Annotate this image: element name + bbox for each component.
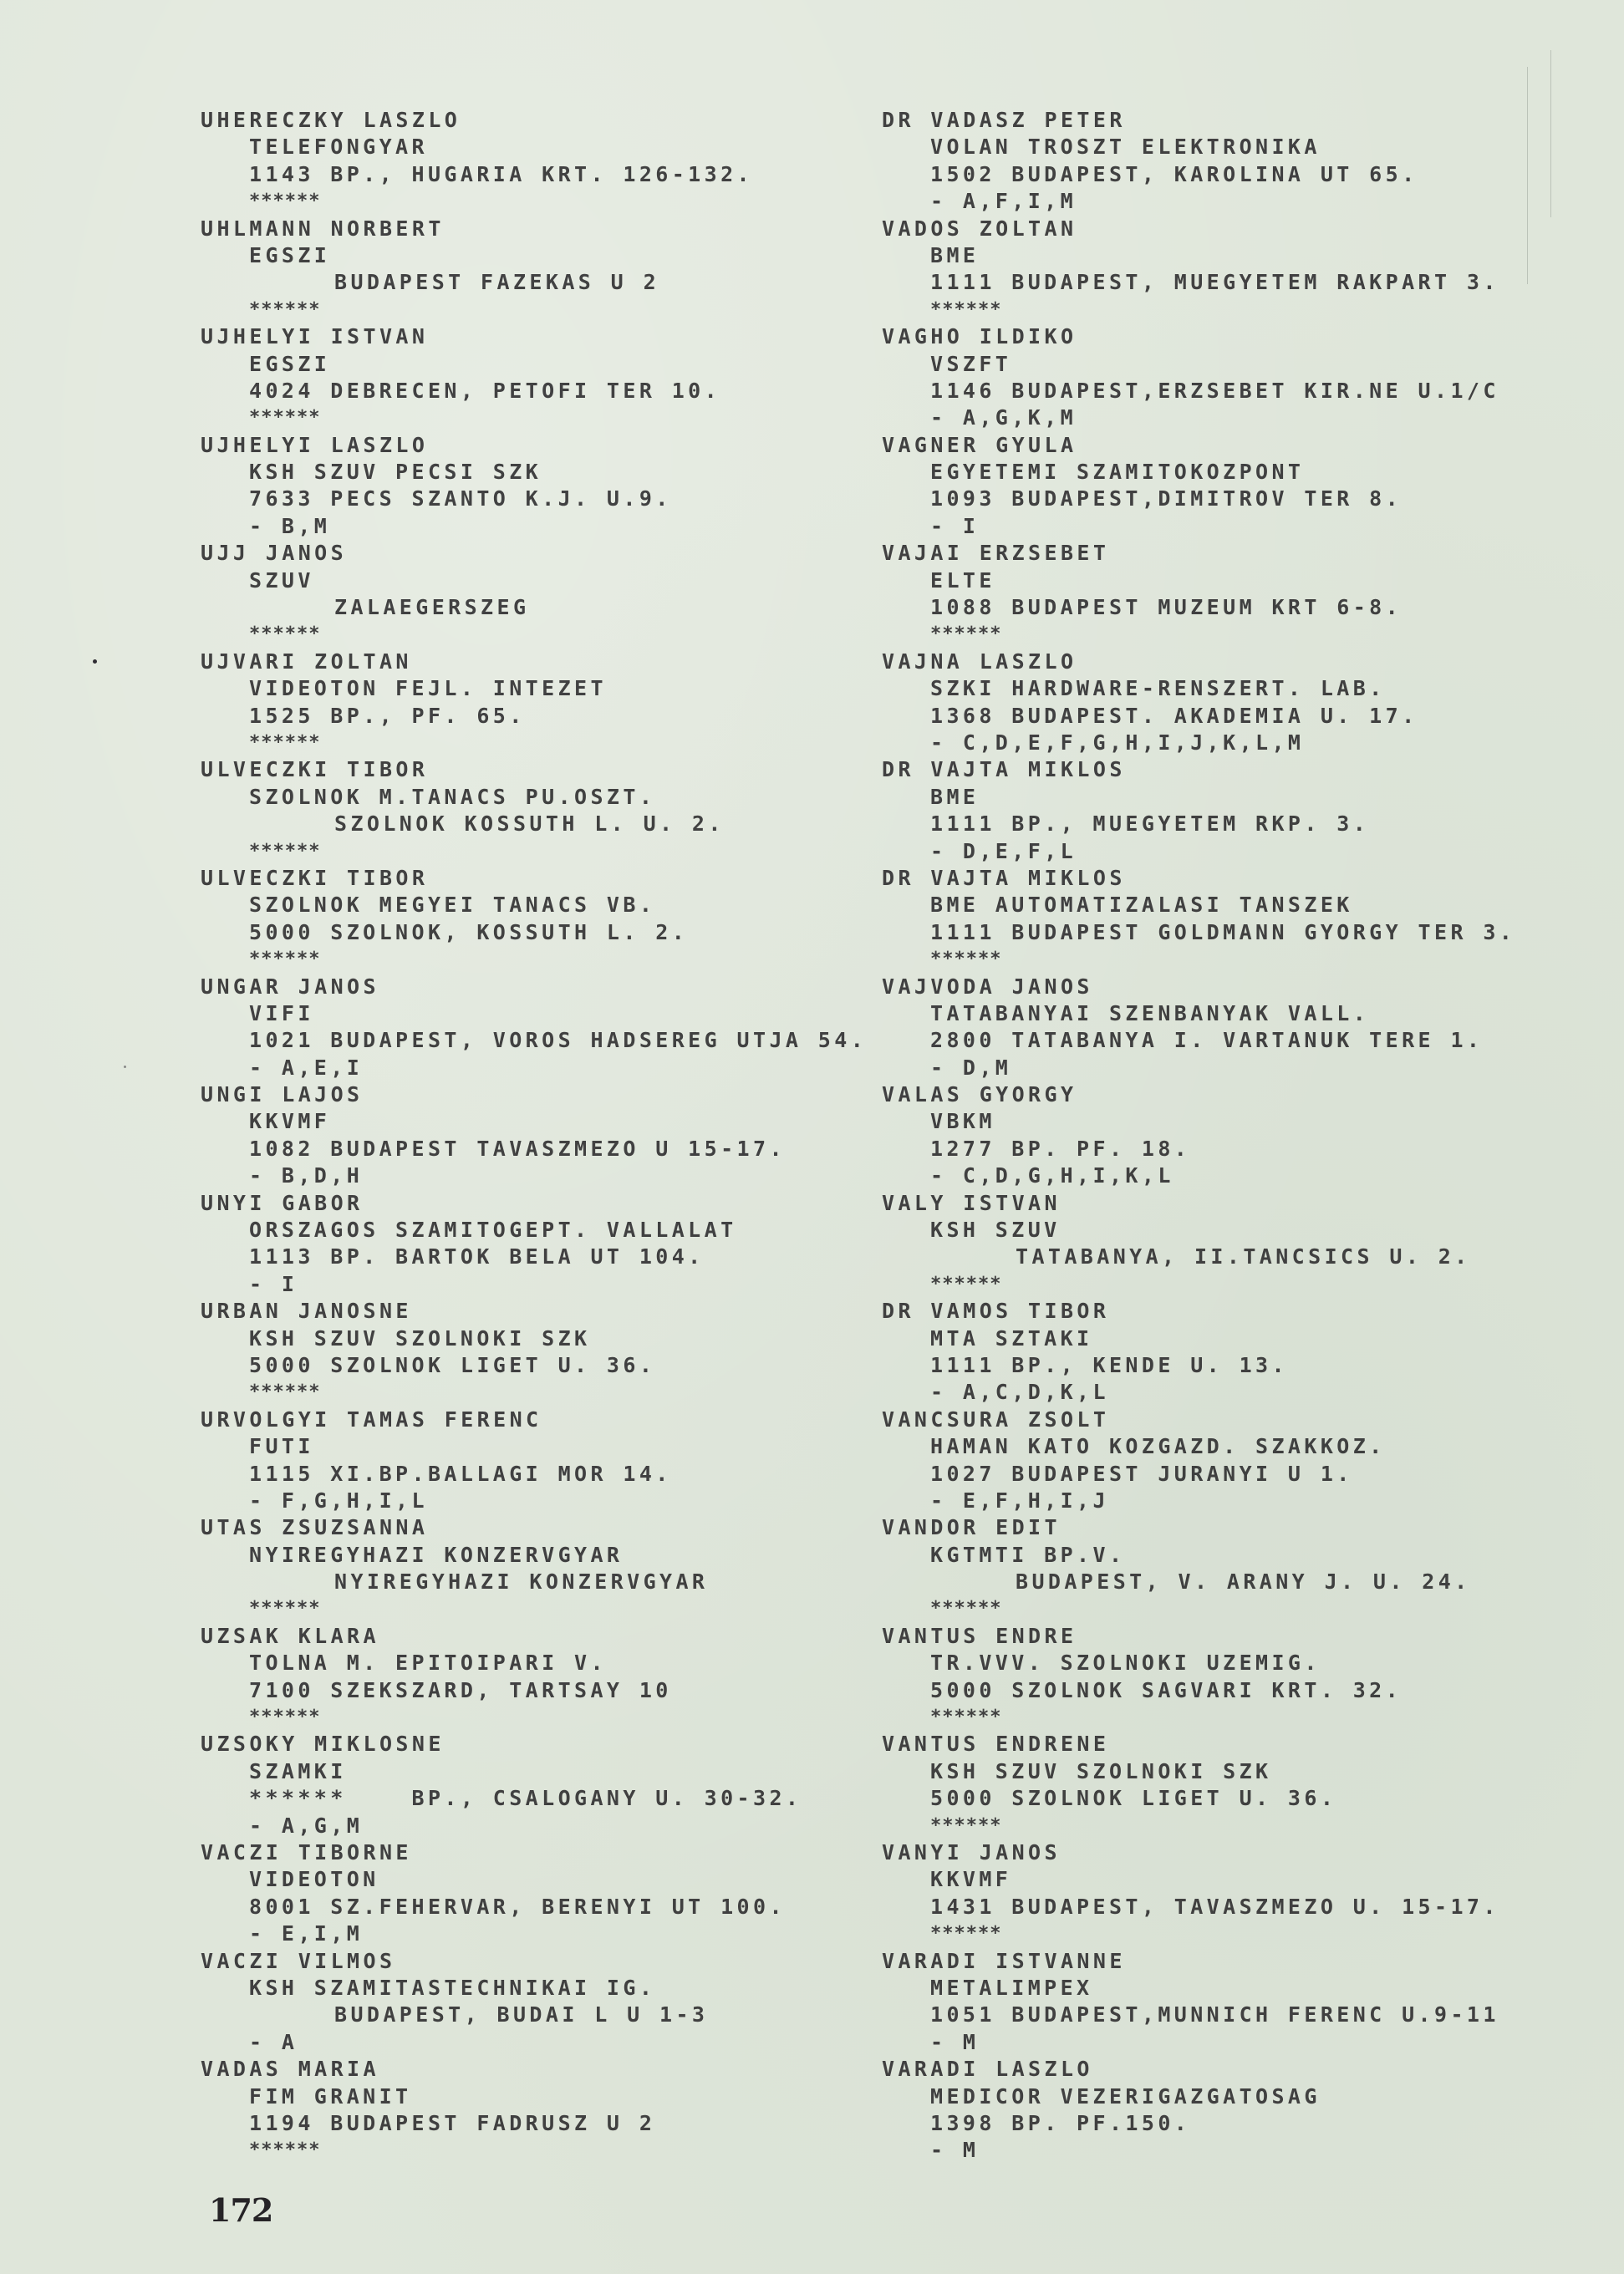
entry-name: VALY ISTVAN (882, 1190, 1515, 1217)
entry-detail: 1111 BP., MUEGYETEM RKP. 3. (882, 811, 1515, 837)
entry-name: VANTUS ENDRENE (882, 1731, 1515, 1758)
entry-separator: ****** (882, 1271, 1515, 1298)
entry-detail: 1093 BUDAPEST,DIMITROV TER 8. (882, 486, 1515, 512)
entry-detail: 1525 BP., PF. 65. (201, 703, 867, 730)
entry-name: DR VADASZ PETER (882, 107, 1515, 134)
entry-detail: TATABANYA, II.TANCSICS U. 2. (882, 1244, 1515, 1270)
entry-name: UHLMANN NORBERT (201, 216, 867, 242)
entry-detail: 1088 BUDAPEST MUZEUM KRT 6-8. (882, 594, 1515, 621)
entry-name: VAJAI ERZSEBET (882, 540, 1515, 567)
entry-detail: 1502 BUDAPEST, KAROLINA UT 65. (882, 161, 1515, 188)
entry-detail: SZOLNOK KOSSUTH L. U. 2. (201, 811, 867, 837)
entry-detail: 1027 BUDAPEST JURANYI U 1. (882, 1461, 1515, 1488)
directory-entry: VACZI TIBORNEVIDEOTON8001 SZ.FEHERVAR, B… (201, 1839, 867, 1948)
entry-name: VANYI JANOS (882, 1839, 1515, 1866)
entry-name: DR VAJTA MIKLOS (882, 756, 1515, 783)
entry-separator: ****** (882, 1704, 1515, 1731)
entry-detail: NYIREGYHAZI KONZERVGYAR (201, 1569, 867, 1595)
directory-entry: VANCSURA ZSOLTHAMAN KATO KOZGAZD. SZAKKO… (882, 1407, 1515, 1515)
entry-detail: VSZFT (882, 351, 1515, 378)
entry-detail: 7633 PECS SZANTO K.J. U.9. (201, 486, 867, 512)
directory-entry: URBAN JANOSNEKSH SZUV SZOLNOKI SZK5000 S… (201, 1298, 867, 1407)
entry-separator: ****** (201, 838, 867, 865)
entry-codes: - A,F,I,M (882, 188, 1515, 215)
entry-detail: SZKI HARDWARE-RENSZERT. LAB. (882, 675, 1515, 702)
paper-speck (93, 659, 97, 664)
directory-entry: VANTUS ENDRENEKSH SZUV SZOLNOKI SZK5000 … (882, 1731, 1515, 1839)
entry-detail: VIDEOTON FEJL. INTEZET (201, 675, 867, 702)
directory-entry: VAJVODA JANOSTATABANYAI SZENBANYAK VALL.… (882, 974, 1515, 1082)
entry-detail: 1194 BUDAPEST FADRUSZ U 2 (201, 2110, 867, 2137)
entry-detail: KSH SZUV (882, 1217, 1515, 1244)
entry-detail: TATABANYAI SZENBANYAK VALL. (882, 1000, 1515, 1027)
entry-detail: VOLAN TROSZT ELEKTRONIKA (882, 134, 1515, 160)
entry-detail: TOLNA M. EPITOIPARI V. (201, 1650, 867, 1676)
directory-entry: UZSAK KLARATOLNA M. EPITOIPARI V.7100 SZ… (201, 1623, 867, 1732)
entry-name: UHERECZKY LASZLO (201, 107, 867, 134)
entry-detail: SZUV (201, 567, 867, 594)
entry-detail: KGTMTI BP.V. (882, 1542, 1515, 1569)
entry-detail: 1111 BUDAPEST, MUEGYETEM RAKPART 3. (882, 269, 1515, 296)
entry-detail: 1368 BUDAPEST. AKADEMIA U. 17. (882, 703, 1515, 730)
entry-detail: TR.VVV. SZOLNOKI UZEMIG. (882, 1650, 1515, 1676)
entry-name: URVOLGYI TAMAS FERENC (201, 1407, 867, 1433)
entry-detail: BUDAPEST, V. ARANY J. U. 24. (882, 1569, 1515, 1595)
entry-detail: SZOLNOK MEGYEI TANACS VB. (201, 892, 867, 918)
directory-entry: UHLMANN NORBERTEGSZIBUDAPEST FAZEKAS U 2… (201, 216, 867, 324)
entry-separator: ****** (882, 297, 1515, 323)
entry-detail: KKVMF (882, 1866, 1515, 1893)
entry-detail: ****** BP., CSALOGANY U. 30-32. (201, 1785, 867, 1812)
entry-name: UNYI GABOR (201, 1190, 867, 1217)
entry-separator: ****** (882, 1813, 1515, 1839)
directory-entry: DR VAMOS TIBORMTA SZTAKI1111 BP., KENDE … (882, 1298, 1515, 1407)
entry-codes: - M (882, 2137, 1515, 2164)
entry-name: UJJ JANOS (201, 540, 867, 567)
directory-entry: VARADI ISTVANNEMETALIMPEX1051 BUDAPEST,M… (882, 1948, 1515, 2057)
directory-entry: VAGNER GYULAEGYETEMI SZAMITOKOZPONT1093 … (882, 432, 1515, 541)
entry-detail: MTA SZTAKI (882, 1325, 1515, 1352)
entry-name: VAGHO ILDIKO (882, 323, 1515, 350)
entry-detail: 5000 SZOLNOK, KOSSUTH L. 2. (201, 919, 867, 946)
entry-name: VALAS GYORGY (882, 1081, 1515, 1108)
directory-column-left: UHERECZKY LASZLOTELEFONGYAR1143 BP., HUG… (201, 107, 867, 2165)
entry-detail: 5000 SZOLNOK SAGVARI KRT. 32. (882, 1677, 1515, 1704)
entry-name: ULVECZKI TIBOR (201, 756, 867, 783)
directory-entry: VACZI VILMOSKSH SZAMITASTECHNIKAI IG.BUD… (201, 1948, 867, 2057)
entry-detail: BME AUTOMATIZALASI TANSZEK (882, 892, 1515, 918)
entry-separator: ****** (201, 188, 867, 215)
entry-codes: - A (201, 2029, 867, 2056)
directory-entry: UNYI GABORORSZAGOS SZAMITOGEPT. VALLALAT… (201, 1190, 867, 1299)
directory-entry: UJJ JANOSSZUVZALAEGERSZEG****** (201, 540, 867, 649)
directory-entry: UHERECZKY LASZLOTELEFONGYAR1143 BP., HUG… (201, 107, 867, 216)
entry-separator: ****** (201, 404, 867, 431)
entry-detail: 2800 TATABANYA I. VARTANUK TERE 1. (882, 1027, 1515, 1054)
entry-name: UJHELYI LASZLO (201, 432, 867, 459)
entry-detail: HAMAN KATO KOZGAZD. SZAKKOZ. (882, 1433, 1515, 1460)
entry-detail: 1082 BUDAPEST TAVASZMEZO U 15-17. (201, 1136, 867, 1162)
entry-detail: EGYETEMI SZAMITOKOZPONT (882, 459, 1515, 486)
directory-entry: VAJNA LASZLOSZKI HARDWARE-RENSZERT. LAB.… (882, 649, 1515, 757)
entry-codes: - B,M (201, 513, 867, 540)
directory-entry: ULVECZKI TIBORSZOLNOK MEGYEI TANACS VB.5… (201, 865, 867, 974)
entry-name: DR VAMOS TIBOR (882, 1298, 1515, 1325)
entry-codes: - D,E,F,L (882, 838, 1515, 865)
entry-codes: - M (882, 2029, 1515, 2056)
entry-detail: SZAMKI (201, 1758, 867, 1785)
entry-codes: - A,C,D,K,L (882, 1379, 1515, 1406)
entry-name: ULVECZKI TIBOR (201, 865, 867, 892)
directory-entry: ULVECZKI TIBORSZOLNOK M.TANACS PU.OSZT.S… (201, 756, 867, 865)
entry-codes: - I (201, 1271, 867, 1298)
entry-detail: FUTI (201, 1433, 867, 1460)
entry-codes: - E,F,H,I,J (882, 1488, 1515, 1514)
directory-entry: VADOS ZOLTANBME1111 BUDAPEST, MUEGYETEM … (882, 216, 1515, 324)
entry-detail: KKVMF (201, 1108, 867, 1135)
entry-detail: ORSZAGOS SZAMITOGEPT. VALLALAT (201, 1217, 867, 1244)
entry-detail: 1051 BUDAPEST,MUNNICH FERENC U.9-11 (882, 2002, 1515, 2028)
entry-detail: 1146 BUDAPEST,ERZSEBET KIR.NE U.1/C (882, 378, 1515, 404)
entry-name: VANTUS ENDRE (882, 1623, 1515, 1650)
entry-detail: 1021 BUDAPEST, VOROS HADSEREG UTJA 54. (201, 1027, 867, 1054)
entry-codes: - I (882, 513, 1515, 540)
entry-detail: 1111 BUDAPEST GOLDMANN GYORGY TER 3. (882, 919, 1515, 946)
entry-detail: ZALAEGERSZEG (201, 594, 867, 621)
directory-entry: VANDOR EDITKGTMTI BP.V.BUDAPEST, V. ARAN… (882, 1514, 1515, 1623)
entry-separator: ****** (201, 1379, 867, 1406)
entry-name: VAJNA LASZLO (882, 649, 1515, 675)
directory-page: UHERECZKY LASZLOTELEFONGYAR1143 BP., HUG… (0, 0, 1624, 2274)
entry-name: VAGNER GYULA (882, 432, 1515, 459)
entry-detail: 5000 SZOLNOK LIGET U. 36. (882, 1785, 1515, 1812)
entry-name: UTAS ZSUZSANNA (201, 1514, 867, 1541)
entry-detail: KSH SZUV SZOLNOKI SZK (882, 1758, 1515, 1785)
entry-detail: 1277 BP. PF. 18. (882, 1136, 1515, 1162)
entry-name: VARADI LASZLO (882, 2056, 1515, 2083)
directory-entry: VADAS MARIAFIM GRANIT1194 BUDAPEST FADRU… (201, 2056, 867, 2165)
directory-entry: VAJAI ERZSEBETELTE1088 BUDAPEST MUZEUM K… (882, 540, 1515, 649)
entry-detail: 8001 SZ.FEHERVAR, BERENYI UT 100. (201, 1894, 867, 1920)
entry-name: VADAS MARIA (201, 2056, 867, 2083)
entry-detail: VBKM (882, 1108, 1515, 1135)
entry-detail: 1398 BP. PF.150. (882, 2110, 1515, 2137)
entry-detail: 1115 XI.BP.BALLAGI MOR 14. (201, 1461, 867, 1488)
entry-separator: ****** (201, 1704, 867, 1731)
directory-column-right: DR VADASZ PETERVOLAN TROSZT ELEKTRONIKA1… (882, 107, 1515, 2165)
entry-detail: BUDAPEST FAZEKAS U 2 (201, 269, 867, 296)
directory-entry: UNGI LAJOSKKVMF1082 BUDAPEST TAVASZMEZO … (201, 1081, 867, 1190)
directory-entry: UJHELYI ISTVANEGSZI4024 DEBRECEN, PETOFI… (201, 323, 867, 432)
entry-codes: - B,D,H (201, 1162, 867, 1189)
entry-name: UNGAR JANOS (201, 974, 867, 1000)
directory-entry: DR VAJTA MIKLOSBME AUTOMATIZALASI TANSZE… (882, 865, 1515, 974)
entry-detail: 4024 DEBRECEN, PETOFI TER 10. (201, 378, 867, 404)
directory-entry: VALY ISTVANKSH SZUVTATABANYA, II.TANCSIC… (882, 1190, 1515, 1299)
entry-name: DR VAJTA MIKLOS (882, 865, 1515, 892)
entry-separator: ****** (201, 946, 867, 973)
entry-detail: KSH SZUV SZOLNOKI SZK (201, 1325, 867, 1352)
entry-detail: NYIREGYHAZI KONZERVGYAR (201, 1542, 867, 1569)
directory-entry: VARADI LASZLOMEDICOR VEZERIGAZGATOSAG139… (882, 2056, 1515, 2165)
entry-detail: FIM GRANIT (201, 2083, 867, 2110)
entry-codes: - A,G,M (201, 1813, 867, 1839)
directory-entry: UJVARI ZOLTANVIDEOTON FEJL. INTEZET1525 … (201, 649, 867, 757)
bleed-through-rule (1550, 50, 1551, 217)
entry-name: UNGI LAJOS (201, 1081, 867, 1108)
directory-entry: VANYI JANOSKKVMF1431 BUDAPEST, TAVASZMEZ… (882, 1839, 1515, 1948)
directory-entry: UNGAR JANOSVIFI1021 BUDAPEST, VOROS HADS… (201, 974, 867, 1082)
entry-detail: VIDEOTON (201, 1866, 867, 1893)
directory-entry: DR VAJTA MIKLOSBME1111 BP., MUEGYETEM RK… (882, 756, 1515, 865)
page-number: 172 (209, 2191, 272, 2229)
directory-entry: URVOLGYI TAMAS FERENCFUTI1115 XI.BP.BALL… (201, 1407, 867, 1515)
entry-detail: 5000 SZOLNOK LIGET U. 36. (201, 1352, 867, 1379)
directory-entry: VALAS GYORGYVBKM1277 BP. PF. 18.- C,D,G,… (882, 1081, 1515, 1190)
bleed-through-rule (1527, 67, 1528, 284)
directory-entry: VAGHO ILDIKOVSZFT1146 BUDAPEST,ERZSEBET … (882, 323, 1515, 432)
entry-name: UJHELYI ISTVAN (201, 323, 867, 350)
entry-detail: VIFI (201, 1000, 867, 1027)
entry-codes: - A,G,K,M (882, 404, 1515, 431)
entry-detail: 1431 BUDAPEST, TAVASZMEZO U. 15-17. (882, 1894, 1515, 1920)
entry-separator: ****** (201, 621, 867, 648)
directory-entry: UZSOKY MIKLOSNESZAMKI****** BP., CSALOGA… (201, 1731, 867, 1839)
entry-detail: BME (882, 242, 1515, 269)
entry-codes: - D,M (882, 1055, 1515, 1081)
entry-name: URBAN JANOSNE (201, 1298, 867, 1325)
entry-name: VANCSURA ZSOLT (882, 1407, 1515, 1433)
entry-detail: BUDAPEST, BUDAI L U 1-3 (201, 2002, 867, 2028)
entry-detail: BME (882, 784, 1515, 811)
entry-codes: - A,E,I (201, 1055, 867, 1081)
entry-codes: - F,G,H,I,L (201, 1488, 867, 1514)
paper-speck (124, 1066, 126, 1068)
entry-separator: ****** (201, 2137, 867, 2164)
entry-detail: 1113 BP. BARTOK BELA UT 104. (201, 1244, 867, 1270)
entry-detail: MEDICOR VEZERIGAZGATOSAG (882, 2083, 1515, 2110)
entry-name: VAJVODA JANOS (882, 974, 1515, 1000)
entry-codes: - C,D,G,H,I,K,L (882, 1162, 1515, 1189)
entry-detail: 7100 SZEKSZARD, TARTSAY 10 (201, 1677, 867, 1704)
entry-name: VARADI ISTVANNE (882, 1948, 1515, 1975)
entry-name: UZSAK KLARA (201, 1623, 867, 1650)
entry-name: UJVARI ZOLTAN (201, 649, 867, 675)
entry-detail: SZOLNOK M.TANACS PU.OSZT. (201, 784, 867, 811)
entry-name: VANDOR EDIT (882, 1514, 1515, 1541)
entry-separator: ****** (201, 730, 867, 756)
entry-detail: EGSZI (201, 242, 867, 269)
entry-codes: - C,D,E,F,G,H,I,J,K,L,M (882, 730, 1515, 756)
directory-entry: DR VADASZ PETERVOLAN TROSZT ELEKTRONIKA1… (882, 107, 1515, 216)
directory-entry: UJHELYI LASZLOKSH SZUV PECSI SZK7633 PEC… (201, 432, 867, 541)
entry-separator: ****** (882, 946, 1515, 973)
entry-separator: ****** (201, 297, 867, 323)
entry-detail: METALIMPEX (882, 1975, 1515, 2002)
entry-detail: 1111 BP., KENDE U. 13. (882, 1352, 1515, 1379)
directory-entry: VANTUS ENDRETR.VVV. SZOLNOKI UZEMIG.5000… (882, 1623, 1515, 1732)
entry-name: UZSOKY MIKLOSNE (201, 1731, 867, 1758)
entry-name: VACZI VILMOS (201, 1948, 867, 1975)
entry-detail: EGSZI (201, 351, 867, 378)
entry-detail: KSH SZAMITASTECHNIKAI IG. (201, 1975, 867, 2002)
directory-entry: UTAS ZSUZSANNANYIREGYHAZI KONZERVGYARNYI… (201, 1514, 867, 1623)
entry-separator: ****** (882, 621, 1515, 648)
entry-separator: ****** (201, 1595, 867, 1622)
entry-detail: TELEFONGYAR (201, 134, 867, 160)
entry-separator: ****** (882, 1920, 1515, 1947)
entry-detail: 1143 BP., HUGARIA KRT. 126-132. (201, 161, 867, 188)
entry-name: VACZI TIBORNE (201, 1839, 867, 1866)
entry-separator: ****** (882, 1595, 1515, 1622)
entry-detail: KSH SZUV PECSI SZK (201, 459, 867, 486)
entry-detail: ELTE (882, 567, 1515, 594)
entry-codes: - E,I,M (201, 1920, 867, 1947)
entry-name: VADOS ZOLTAN (882, 216, 1515, 242)
